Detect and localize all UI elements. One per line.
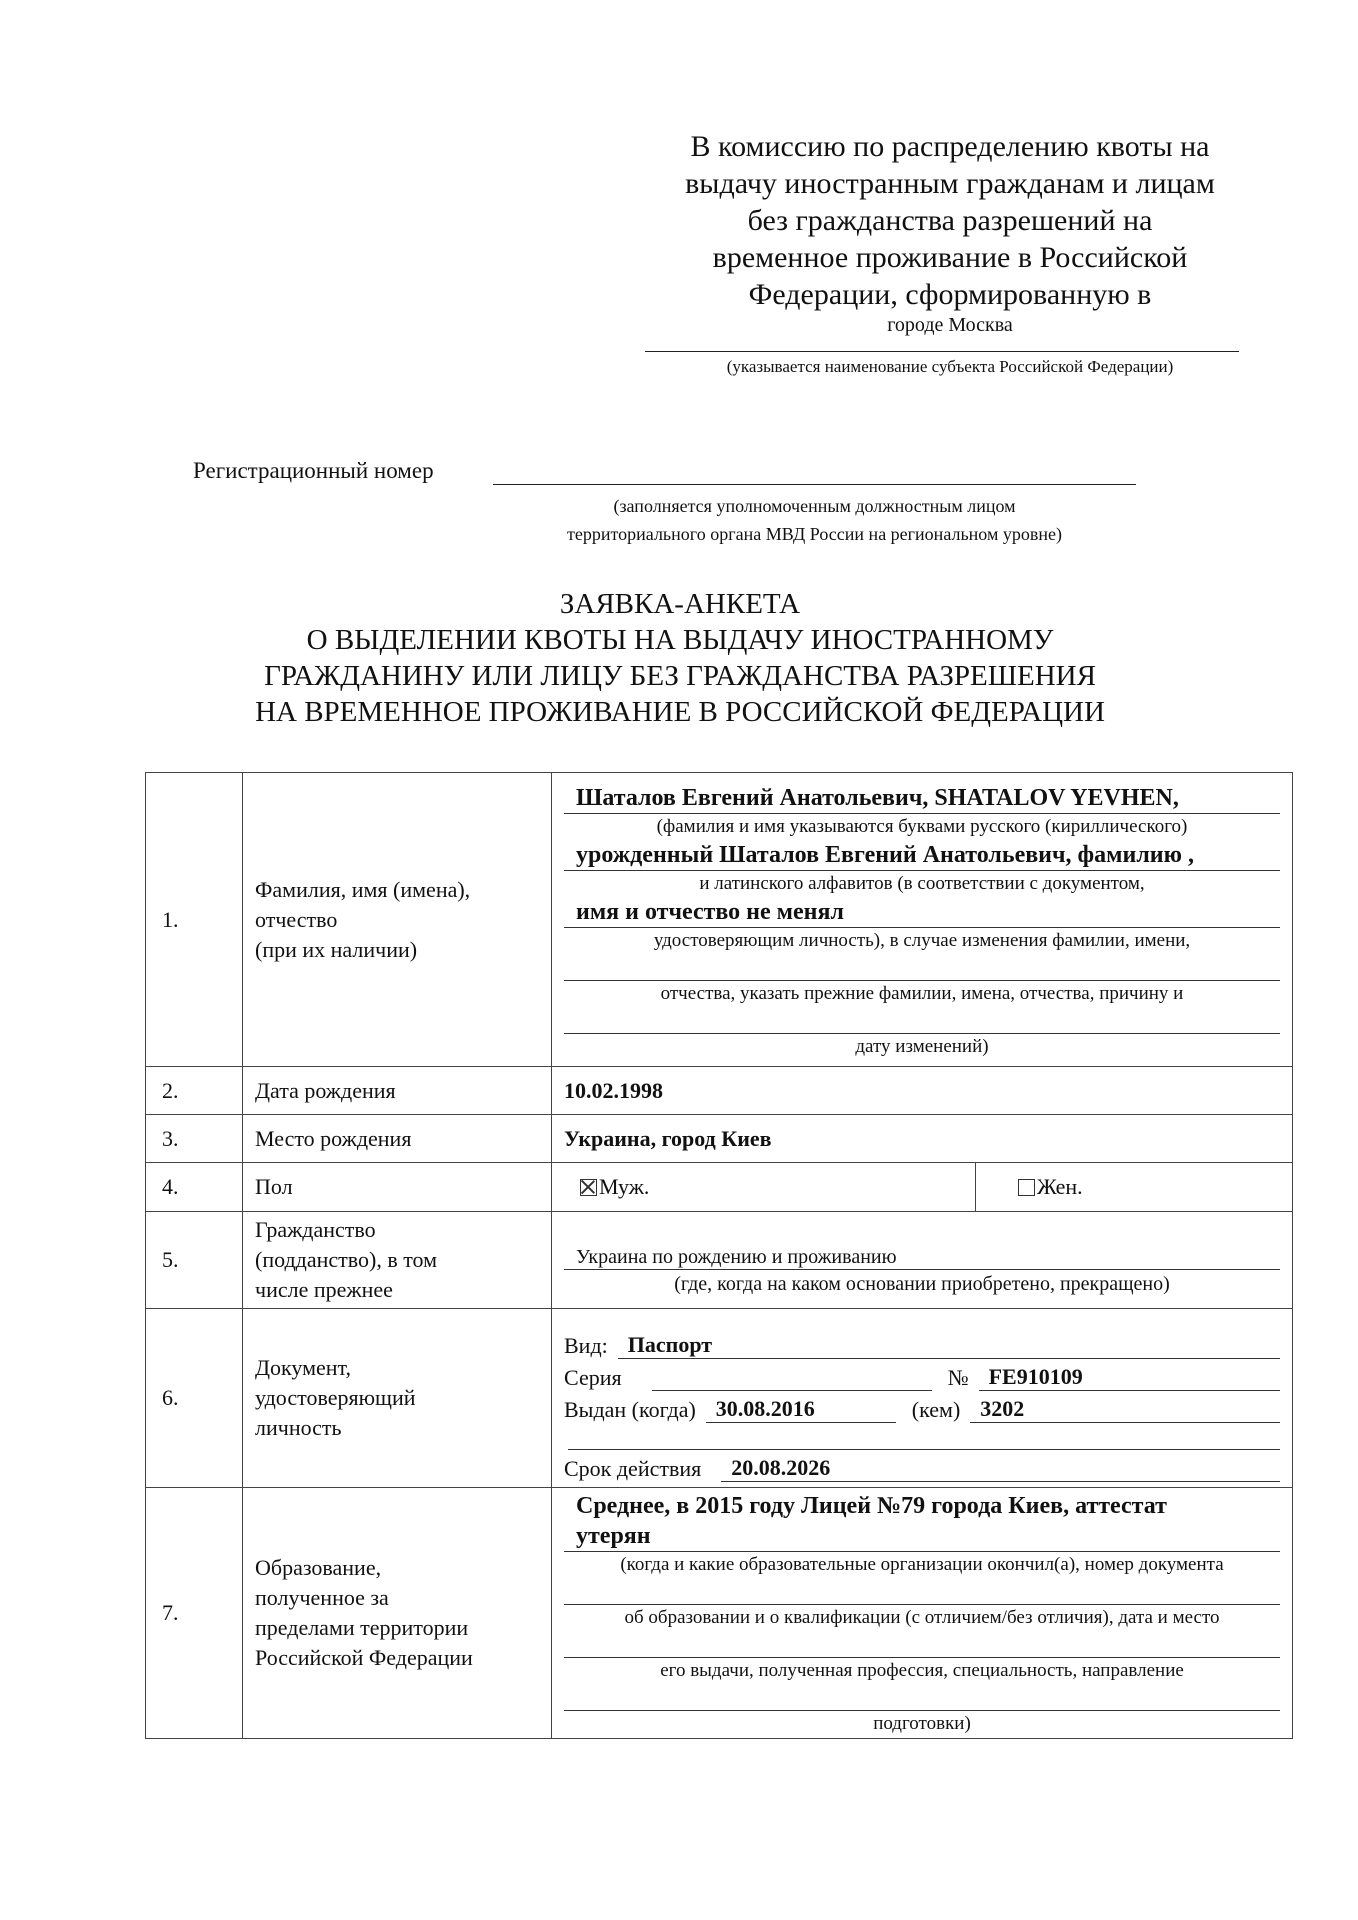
label-line: Фамилия, имя (имена),: [255, 875, 551, 905]
full-name-field-line3[interactable]: имя и отчество не менял: [564, 897, 1280, 928]
hint-line: (заполняется уполномоченным должностным …: [493, 492, 1136, 520]
full-name-hint: отчества, указать прежние фамилии, имена…: [564, 981, 1280, 1007]
table-row-education: 7. Образование, полученное за пределами …: [146, 1488, 1293, 1739]
title-line: О ВЫДЕЛЕНИИ КВОТЫ НА ВЫДАЧУ ИНОСТРАННОМУ: [140, 622, 1220, 658]
doc-issued-when-field[interactable]: 30.08.2016: [706, 1396, 896, 1423]
title-line: ЗАЯВКА-АНКЕТА: [140, 586, 1220, 622]
full-name-hint: (фамилия и имя указываются буквами русск…: [564, 814, 1280, 840]
education-hint: его выдачи, полученная профессия, специа…: [564, 1658, 1280, 1684]
label-line: числе прежнее: [255, 1275, 551, 1305]
row-number: 5.: [146, 1212, 243, 1309]
education-text-line: утерян: [576, 1521, 1280, 1551]
label-line: (при их наличии): [255, 935, 551, 965]
label-line: (подданство), в том: [255, 1245, 551, 1275]
label-line: Российской Федерации: [255, 1643, 551, 1673]
registration-number-hint: (заполняется уполномоченным должностным …: [493, 492, 1136, 548]
full-name-value-cell: Шаталов Евгений Анатольевич, SHATALOV YE…: [552, 773, 1293, 1067]
education-blank-line[interactable]: [564, 1578, 1280, 1605]
row-label: Фамилия, имя (имена), отчество (при их н…: [243, 773, 552, 1067]
doc-type-label: Вид:: [564, 1333, 618, 1359]
full-name-field-line5[interactable]: [564, 1007, 1280, 1034]
full-name-hint: дату изменений): [564, 1034, 1280, 1060]
registration-number-field[interactable]: [493, 484, 1136, 485]
education-value-cell: Среднее, в 2015 году Лицей №79 города Ки…: [552, 1488, 1293, 1739]
row-number: 1.: [146, 773, 243, 1067]
full-name-field-line1[interactable]: Шаталов Евгений Анатольевич, SHATALOV YE…: [564, 783, 1280, 814]
birth-date-field[interactable]: 10.02.1998: [552, 1067, 1293, 1115]
table-row-sex: 4. Пол Муж. Жен.: [146, 1163, 1293, 1212]
doc-issued-by-label: (кем): [912, 1397, 970, 1423]
row-number: 3.: [146, 1115, 243, 1163]
label-line: личность: [255, 1413, 551, 1443]
label-line: Документ,: [255, 1353, 551, 1383]
education-hint: об образовании и о квалификации (с отлич…: [564, 1605, 1280, 1631]
doc-issued-when-label: Выдан (когда): [564, 1397, 706, 1423]
row-label: Место рождения: [243, 1115, 552, 1163]
sex-option-label: Жен.: [1037, 1174, 1083, 1200]
addressee-block: В комиссию по распределению квоты на выд…: [640, 128, 1260, 378]
form-title: ЗАЯВКА-АНКЕТА О ВЫДЕЛЕНИИ КВОТЫ НА ВЫДАЧ…: [140, 586, 1220, 730]
label-line: Гражданство: [255, 1215, 551, 1245]
doc-issued-by-field[interactable]: 3202: [970, 1396, 1280, 1423]
label-line: удостоверяющий: [255, 1383, 551, 1413]
full-name-hint: и латинского алфавитов (в соответствии с…: [564, 871, 1280, 897]
citizenship-field[interactable]: Украина по рождению и проживанию: [564, 1245, 1280, 1270]
addressee-line: без гражданства разрешений на: [640, 202, 1260, 239]
row-number: 6.: [146, 1309, 243, 1488]
region-underline: [645, 351, 1239, 352]
registration-number-label: Регистрационный номер: [193, 458, 434, 484]
row-number: 4.: [146, 1163, 243, 1212]
label-line: пределами территории: [255, 1613, 551, 1643]
table-row-identity-document: 6. Документ, удостоверяющий личность Вид…: [146, 1309, 1293, 1488]
education-field[interactable]: Среднее, в 2015 году Лицей №79 города Ки…: [564, 1489, 1280, 1552]
sex-option-label: Муж.: [599, 1174, 649, 1200]
row-label: Документ, удостоверяющий личность: [243, 1309, 552, 1488]
addressee-line: временное проживание в Российской: [640, 239, 1260, 276]
citizenship-value-cell: Украина по рождению и проживанию (где, к…: [552, 1212, 1293, 1309]
doc-number-label: №: [948, 1365, 979, 1391]
addressee-line: Федерации, сформированную в: [640, 276, 1260, 313]
row-number: 2.: [146, 1067, 243, 1115]
full-name-hint: удостоверяющим личность), в случае измен…: [564, 928, 1280, 954]
table-row-birth-place: 3. Место рождения Украина, город Киев: [146, 1115, 1293, 1163]
label-line: отчество: [255, 905, 551, 935]
doc-series-label: Серия: [564, 1365, 652, 1391]
addressee-line: В комиссию по распределению квоты на: [640, 128, 1260, 165]
row-label: Дата рождения: [243, 1067, 552, 1115]
unchecked-checkbox-icon[interactable]: [1018, 1179, 1035, 1196]
title-line: ГРАЖДАНИНУ ИЛИ ЛИЦУ БЕЗ ГРАЖДАНСТВА РАЗР…: [140, 658, 1220, 694]
full-name-field-line4[interactable]: [564, 954, 1280, 981]
doc-type-field[interactable]: Паспорт: [618, 1332, 1280, 1359]
doc-validity-field[interactable]: 20.08.2026: [721, 1455, 1280, 1482]
education-hint: подготовки): [564, 1711, 1280, 1737]
row-label: Пол: [243, 1163, 552, 1212]
sex-option-female[interactable]: Жен.: [976, 1163, 1083, 1211]
full-name-field-line2[interactable]: урожденный Шаталов Евгений Анатольевич, …: [564, 840, 1280, 871]
row-number: 7.: [146, 1488, 243, 1739]
checked-checkbox-icon[interactable]: [580, 1179, 597, 1196]
education-blank-line[interactable]: [564, 1684, 1280, 1711]
registration-number-block: Регистрационный номер (заполняется уполн…: [193, 458, 1143, 484]
row-label: Гражданство (подданство), в том числе пр…: [243, 1212, 552, 1309]
doc-blank-line[interactable]: [568, 1423, 1280, 1450]
label-line: Образование,: [255, 1553, 551, 1583]
application-form-table: 1. Фамилия, имя (имена), отчество (при и…: [145, 772, 1293, 1739]
label-line: полученное за: [255, 1583, 551, 1613]
sex-option-male[interactable]: Муж.: [552, 1163, 976, 1211]
row-label: Образование, полученное за пределами тер…: [243, 1488, 552, 1739]
education-text-line: Среднее, в 2015 году Лицей №79 города Ки…: [576, 1491, 1280, 1521]
table-row-birth-date: 2. Дата рождения 10.02.1998: [146, 1067, 1293, 1115]
education-hint: (когда и какие образовательные организац…: [564, 1552, 1280, 1578]
doc-validity-label: Срок действия: [564, 1456, 721, 1482]
identity-document-value-cell: Вид: Паспорт Серия № FE910109 Выдан (ког…: [552, 1309, 1293, 1488]
education-blank-line[interactable]: [564, 1631, 1280, 1658]
table-row-citizenship: 5. Гражданство (подданство), в том числе…: [146, 1212, 1293, 1309]
doc-number-field[interactable]: FE910109: [979, 1364, 1280, 1391]
region-field[interactable]: городе Москва: [640, 313, 1260, 337]
doc-series-field[interactable]: [652, 1390, 932, 1391]
addressee-line: выдачу иностранным гражданам и лицам: [640, 165, 1260, 202]
citizenship-hint: (где, когда на каком основании приобрете…: [564, 1270, 1280, 1298]
table-row-full-name: 1. Фамилия, имя (имена), отчество (при и…: [146, 773, 1293, 1067]
birth-place-field[interactable]: Украина, город Киев: [552, 1115, 1293, 1163]
title-line: НА ВРЕМЕННОЕ ПРОЖИВАНИЕ В РОССИЙСКОЙ ФЕД…: [140, 694, 1220, 730]
sex-value-cell: Муж. Жен.: [552, 1163, 1293, 1212]
region-hint: (указывается наименование субъекта Росси…: [640, 356, 1260, 378]
hint-line: территориального органа МВД России на ре…: [493, 520, 1136, 548]
